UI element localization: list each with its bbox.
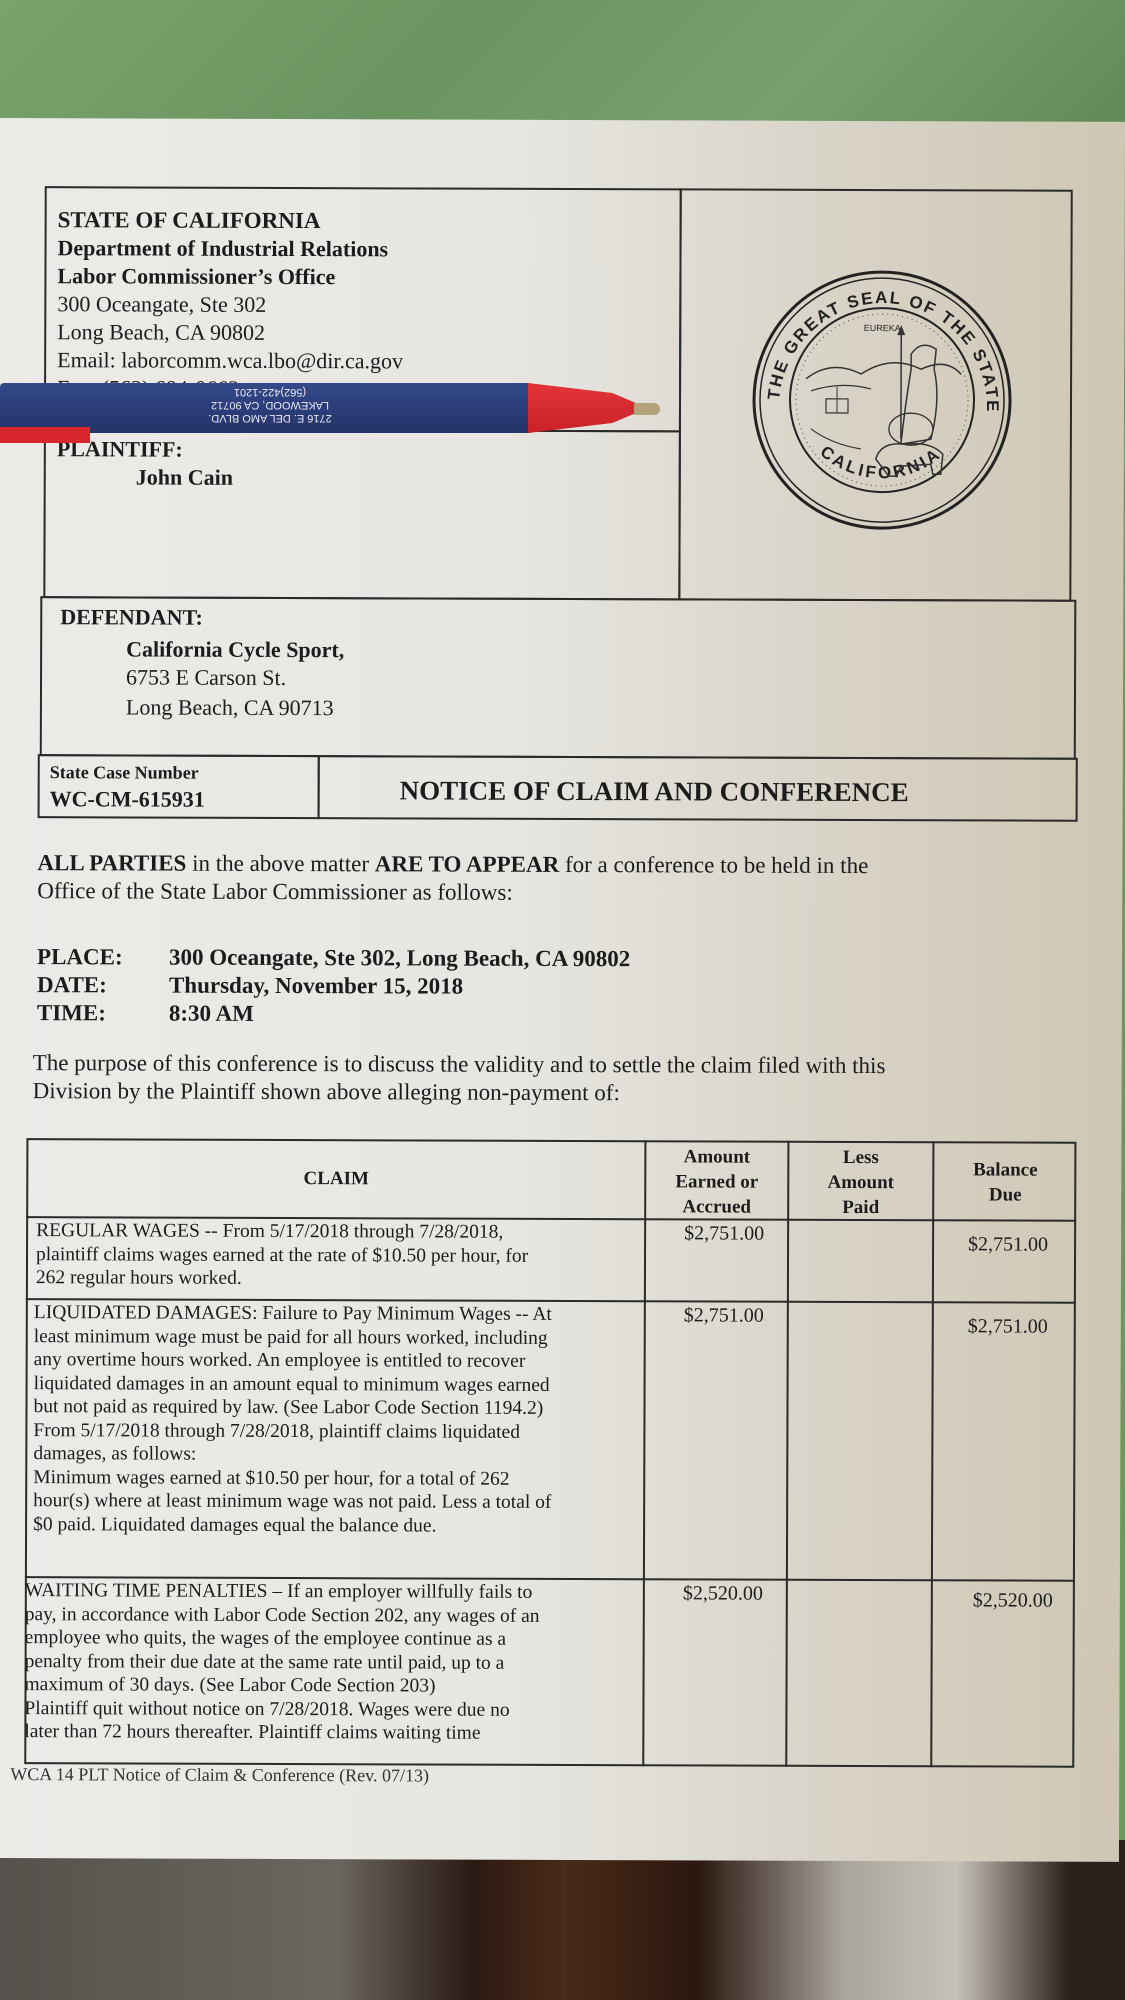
pen: 2716 E. DEL AMO BLVD. LAKEWOOD, CA 90712… bbox=[0, 377, 660, 437]
claim-line: employee who quits, the wages of the emp… bbox=[25, 1626, 540, 1651]
place-value: 300 Oceangate, Ste 302, Long Beach, CA 9… bbox=[169, 945, 630, 973]
claim-line: damages, as follows: bbox=[33, 1442, 551, 1467]
claim-line: later than 72 hours thereafter. Plaintif… bbox=[24, 1720, 539, 1745]
agency-department: Department of Industrial Relations bbox=[57, 234, 403, 263]
header-paid-line1: Less bbox=[789, 1145, 932, 1170]
claim-line: least minimum wage must be paid for all … bbox=[34, 1325, 552, 1350]
claim-line: hour(s) where at least minimum wage was … bbox=[33, 1489, 551, 1514]
background-tablecloth bbox=[0, 0, 1125, 130]
header-claim: CLAIM bbox=[26, 1165, 646, 1192]
pen-imprint: 2716 E. DEL AMO BLVD. LAKEWOOD, CA 90712… bbox=[180, 385, 360, 424]
pen-imprint-line2: LAKEWOOD, CA 90712 bbox=[180, 398, 360, 411]
claim-line: From 5/17/2018 through 7/28/2018, plaint… bbox=[33, 1419, 551, 1444]
claim-line: LIQUIDATED DAMAGES: Failure to Pay Minim… bbox=[34, 1301, 552, 1326]
appearance-text2: for a conference to be held in the bbox=[559, 852, 868, 878]
case-number-label: State Case Number bbox=[50, 762, 199, 784]
claim-line: $0 paid. Liquidated damages equal the ba… bbox=[33, 1513, 551, 1538]
appearance-line1: ALL PARTIES in the above matter ARE TO A… bbox=[37, 850, 868, 879]
agency-address-line1: 300 Oceangate, Ste 302 bbox=[57, 290, 403, 319]
date-value: Thursday, November 15, 2018 bbox=[169, 973, 463, 1000]
notice-title: NOTICE OF CLAIM AND CONFERENCE bbox=[400, 775, 909, 808]
pen-imprint-line1: 2716 E. DEL AMO BLVD. bbox=[180, 411, 360, 424]
pen-imprint-line3: (562)422-1201 bbox=[180, 385, 360, 398]
liquidated-damages-balance: $2,751.00 bbox=[968, 1315, 1048, 1338]
regular-wages-earned: $2,751.00 bbox=[684, 1222, 764, 1245]
pen-clip bbox=[0, 427, 90, 443]
header-balance-line2: Due bbox=[934, 1182, 1076, 1207]
case-number: WC-CM-615931 bbox=[50, 786, 205, 813]
claim-line: maximum of 30 days. (See Labor Code Sect… bbox=[24, 1673, 539, 1698]
purpose-line2: Division by the Plaintiff shown above al… bbox=[33, 1078, 620, 1106]
header-paid-line2: Amount bbox=[789, 1170, 932, 1195]
claim-line: REGULAR WAGES -- From 5/17/2018 through … bbox=[36, 1219, 528, 1244]
are-to-appear-text: ARE TO APPEAR bbox=[375, 851, 560, 877]
pen-ballpoint bbox=[634, 403, 660, 415]
header-less-amount-paid: Less Amount Paid bbox=[789, 1145, 932, 1220]
claim-line: Minimum wages earned at $10.50 per hour,… bbox=[33, 1466, 551, 1491]
header-amount-earned: Amount Earned or Accrued bbox=[646, 1144, 787, 1219]
defendant-address-line2: Long Beach, CA 90713 bbox=[126, 694, 334, 721]
claim-line: any overtime hours worked. An employee i… bbox=[34, 1348, 552, 1373]
header-earned-line3: Accrued bbox=[646, 1194, 787, 1219]
defendant-name: California Cycle Sport, bbox=[126, 636, 344, 663]
agency-header: STATE OF CALIFORNIA Department of Indust… bbox=[57, 206, 404, 403]
claim-line: plaintiff claims wages earned at the rat… bbox=[36, 1243, 528, 1268]
california-state-seal-icon: THE GREAT SEAL OF THE STATE OF CALIFORNI… bbox=[751, 269, 1014, 532]
plaintiff-name: John Cain bbox=[136, 464, 233, 490]
time-value: 8:30 AM bbox=[169, 1001, 254, 1027]
header-earned-line1: Amount bbox=[646, 1144, 787, 1169]
agency-email[interactable]: Email: laborcomm.wca.lbo@dir.ca.gov bbox=[57, 346, 403, 375]
table-row-regular-wages-claim: REGULAR WAGES -- From 5/17/2018 through … bbox=[36, 1219, 528, 1291]
waiting-time-balance: $2,520.00 bbox=[973, 1589, 1053, 1612]
defendant-address-line1: 6753 E Carson St. bbox=[126, 664, 286, 691]
claim-line: 262 regular hours worked. bbox=[36, 1266, 528, 1291]
form-footer-id: WCA 14 PLT Notice of Claim & Conference … bbox=[10, 1764, 429, 1786]
svg-text:THE GREAT SEAL OF THE STATE OF: THE GREAT SEAL OF THE STATE OF bbox=[751, 269, 1003, 414]
claim-line: Plaintiff quit without notice on 7/28/20… bbox=[24, 1697, 539, 1722]
place-label: PLACE: bbox=[37, 944, 123, 970]
date-label: DATE: bbox=[37, 972, 107, 998]
claim-line: pay, in accordance with Labor Code Secti… bbox=[25, 1603, 540, 1628]
agency-address-line2: Long Beach, CA 90802 bbox=[57, 318, 403, 347]
header-balance-due: Balance Due bbox=[934, 1157, 1076, 1207]
appearance-text1: in the above matter bbox=[186, 851, 374, 877]
header-balance-line1: Balance bbox=[934, 1157, 1076, 1182]
claim-line: WAITING TIME PENALTIES – If an employer … bbox=[25, 1579, 540, 1604]
waiting-time-earned: $2,520.00 bbox=[683, 1582, 763, 1605]
svg-text:EUREKA: EUREKA bbox=[864, 323, 901, 333]
time-label: TIME: bbox=[37, 1000, 106, 1026]
purpose-line1: The purpose of this conference is to dis… bbox=[33, 1050, 886, 1079]
agency-state: STATE OF CALIFORNIA bbox=[58, 206, 404, 235]
svg-text:CALIFORNIA: CALIFORNIA bbox=[817, 442, 946, 483]
claim-line: liquidated damages in an amount equal to… bbox=[34, 1372, 552, 1397]
agency-office: Labor Commissioner’s Office bbox=[57, 262, 403, 291]
defendant-label: DEFENDANT: bbox=[60, 604, 203, 630]
table-row-liquidated-damages-claim: LIQUIDATED DAMAGES: Failure to Pay Minim… bbox=[33, 1301, 552, 1538]
table-row-waiting-time-penalties-claim: WAITING TIME PENALTIES – If an employer … bbox=[24, 1579, 539, 1745]
claim-line: penalty from their due date at the same … bbox=[25, 1650, 540, 1675]
regular-wages-balance: $2,751.00 bbox=[968, 1233, 1048, 1256]
all-parties-text: ALL PARTIES bbox=[37, 850, 186, 876]
claim-line: but not paid as required by law. (See La… bbox=[33, 1395, 551, 1420]
header-paid-line3: Paid bbox=[789, 1195, 932, 1220]
background-floor bbox=[0, 1840, 1125, 2000]
pen-tip bbox=[528, 383, 636, 433]
header-earned-line2: Earned or bbox=[646, 1169, 787, 1194]
liquidated-damages-earned: $2,751.00 bbox=[684, 1304, 764, 1327]
appearance-line2: Office of the State Labor Commissioner a… bbox=[37, 878, 513, 906]
